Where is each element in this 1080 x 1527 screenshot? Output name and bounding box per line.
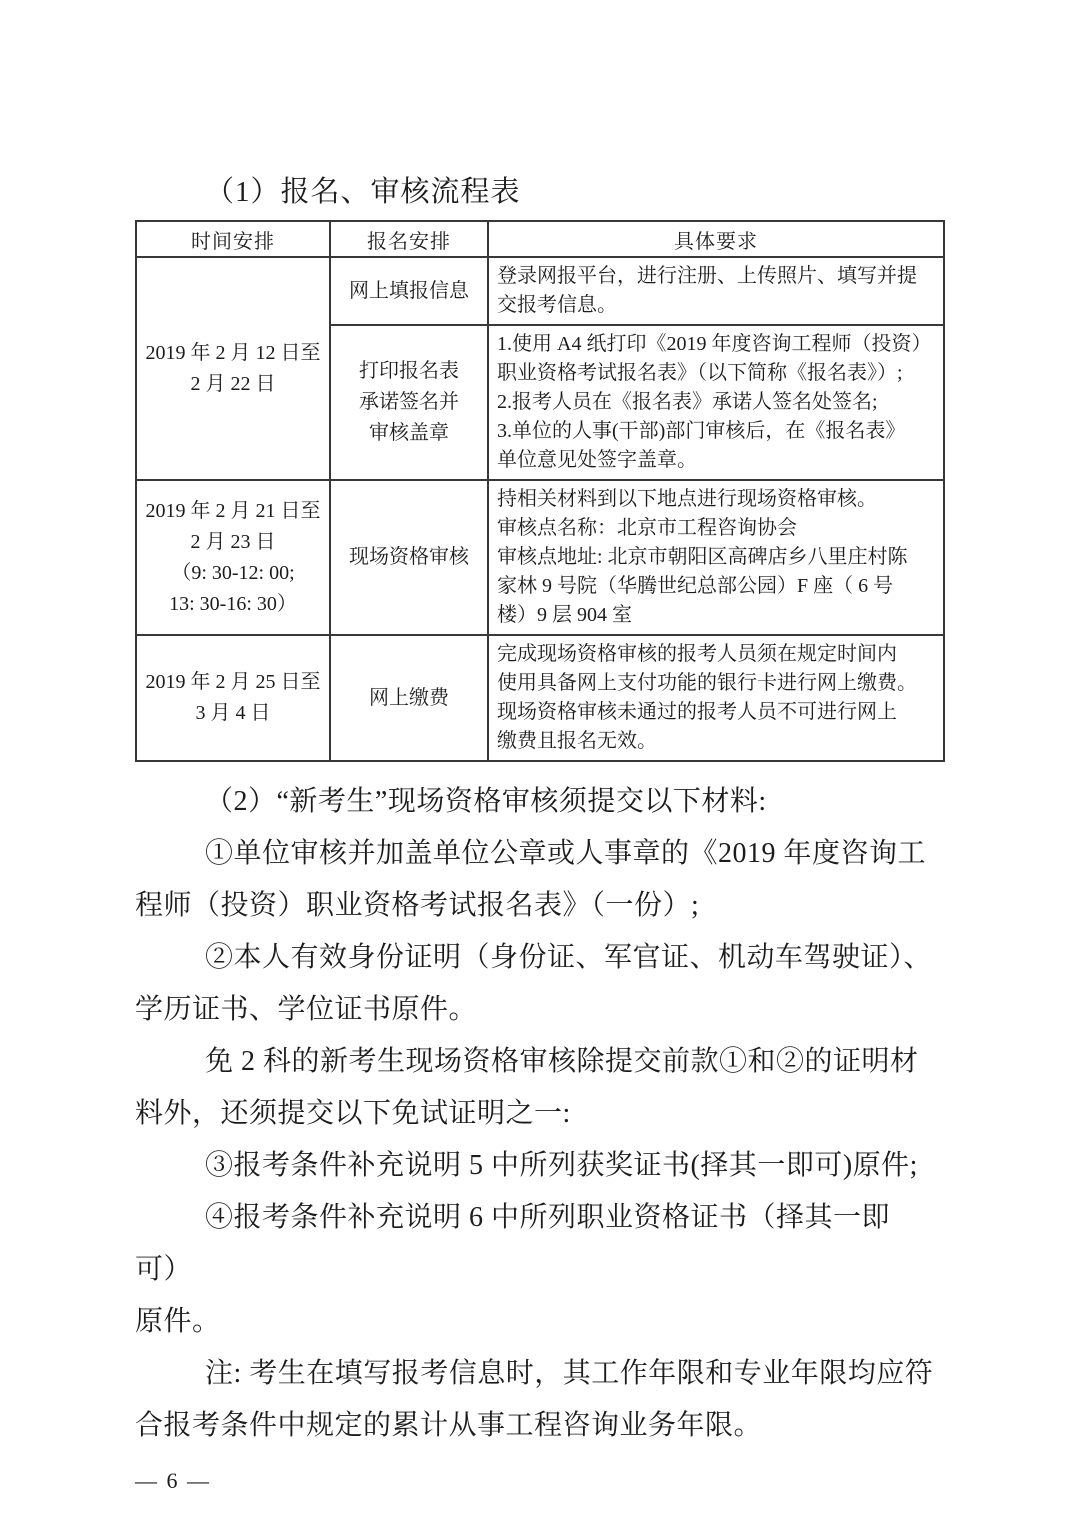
paragraph-new-examinee-materials: （2）“新考生”现场资格审核须提交以下材料: <box>135 776 945 828</box>
table-row: 2019 年 2 月 21 日至 2 月 23 日 （9: 30-12: 00;… <box>136 480 944 635</box>
cell-requirements-online-fill: 登录网报平台，进行注册、上传照片、填写并提 交报考信息。 <box>488 257 944 325</box>
body-paragraphs: （2）“新考生”现场资格审核须提交以下材料: ①单位审核并加盖单位公章或人事章的… <box>135 776 945 1452</box>
cell-time-period-1: 2019 年 2 月 12 日至 2 月 22 日 <box>136 257 330 480</box>
table-row: 2019 年 2 月 25 日至 3 月 4 日 网上缴费 完成现场资格审核的报… <box>136 635 944 761</box>
column-header-requirements: 具体要求 <box>488 221 944 257</box>
paragraph-note-work-years: 注: 考生在填写报考信息时，其工作年限和专业年限均应符 合报考条件中规定的累计从… <box>135 1348 945 1452</box>
paragraph-item-1-registration-form: ①单位审核并加盖单位公章或人事章的《2019 年度咨询工 程师（投资）职业资格考… <box>135 828 945 932</box>
cell-step-print-form: 打印报名表 承诺签名并 审核盖章 <box>330 325 488 480</box>
paragraph-item-2-identity-documents: ②本人有效身份证明（身份证、军官证、机动车驾驶证）、 学历证书、学位证书原件。 <box>135 932 945 1036</box>
cell-requirements-onsite-review: 持相关材料到以下地点进行现场资格审核。 审核点名称：北京市工程咨询协会 审核点地… <box>488 480 944 635</box>
process-table: 时间安排 报名安排 具体要求 2019 年 2 月 12 日至 2 月 22 日… <box>135 220 945 762</box>
cell-step-online-payment: 网上缴费 <box>330 635 488 761</box>
table-header-row: 时间安排 报名安排 具体要求 <box>136 221 944 257</box>
cell-time-period-2: 2019 年 2 月 21 日至 2 月 23 日 （9: 30-12: 00;… <box>136 480 330 635</box>
page-number: — 6 — <box>135 1468 945 1494</box>
paragraph-item-3-award-certificate: ③报考条件补充说明 5 中所列获奖证书(择其一即可)原件; <box>135 1140 945 1192</box>
cell-time-period-3: 2019 年 2 月 25 日至 3 月 4 日 <box>136 635 330 761</box>
cell-requirements-print-form: 1.使用 A4 纸打印《2019 年度咨询工程师（投资） 职业资格考试报名表》（… <box>488 325 944 480</box>
table-row: 2019 年 2 月 12 日至 2 月 22 日 网上填报信息 登录网报平台，… <box>136 257 944 325</box>
paragraph-exemption-intro: 免 2 科的新考生现场资格审核除提交前款①和②的证明材 料外，还须提交以下免试证… <box>135 1036 945 1140</box>
cell-step-online-fill: 网上填报信息 <box>330 257 488 325</box>
paragraph-item-4-qualification-certificate: ④报考条件补充说明 6 中所列职业资格证书（择其一即可） 原件。 <box>135 1192 945 1348</box>
column-header-time: 时间安排 <box>136 221 330 257</box>
document-page: （1）报名、审核流程表 时间安排 报名安排 具体要求 2019 年 2 月 12… <box>0 0 1080 1527</box>
column-header-registration: 报名安排 <box>330 221 488 257</box>
cell-requirements-online-payment: 完成现场资格审核的报考人员须在规定时间内 使用具备网上支付功能的银行卡进行网上缴… <box>488 635 944 761</box>
section-title: （1）报名、审核流程表 <box>205 172 945 212</box>
cell-step-onsite-review: 现场资格审核 <box>330 480 488 635</box>
